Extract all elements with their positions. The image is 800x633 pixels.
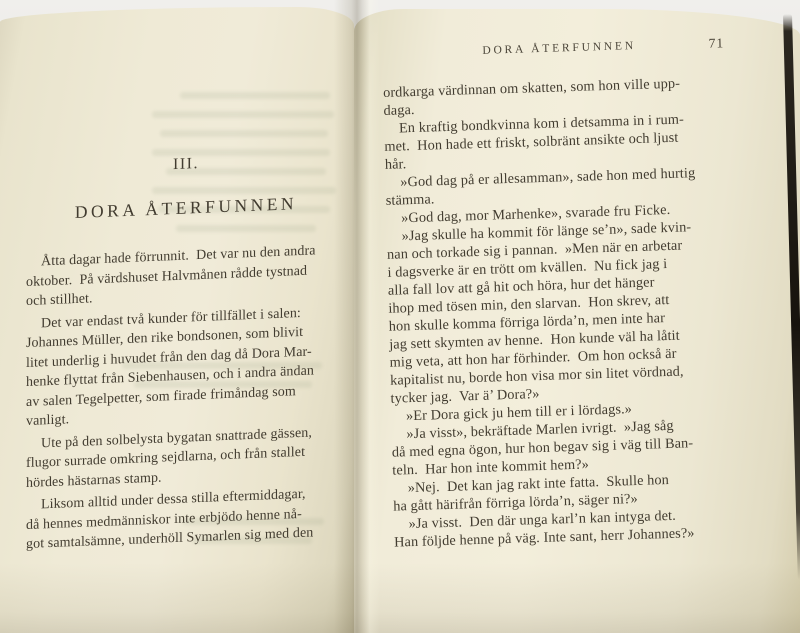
left-page-text: III. DORA ÅTERFUNNEN Åtta dagar hade för… <box>26 149 346 557</box>
right-page-text: DORA ÅTERFUNNEN 71 ordkarga värdinnan om… <box>382 37 748 552</box>
paragraph: »Jag skulle ha kommit för länge se’n», s… <box>386 217 744 408</box>
chapter-title: DORA ÅTERFUNNEN <box>26 191 346 225</box>
right-page-body: ordkarga värdinnan om skatten, som hon v… <box>383 73 748 552</box>
paragraph: Åtta dagar hade förrunnit. Det var nu de… <box>26 240 346 311</box>
page-shadow <box>354 563 800 633</box>
book-photo: III. DORA ÅTERFUNNEN Åtta dagar hade för… <box>0 0 800 633</box>
left-page-body: Åtta dagar hade förrunnit. Det var nu de… <box>26 240 346 554</box>
page-shadow <box>0 563 354 633</box>
paragraph: Liksom alltid under dessa stilla eftermi… <box>26 483 346 554</box>
paragraph: Det var endast två kunder för tillfället… <box>26 302 346 432</box>
paragraph: Ute på den solbelysta bygatan snattrade … <box>26 422 346 493</box>
page-number: 71 <box>708 35 724 51</box>
